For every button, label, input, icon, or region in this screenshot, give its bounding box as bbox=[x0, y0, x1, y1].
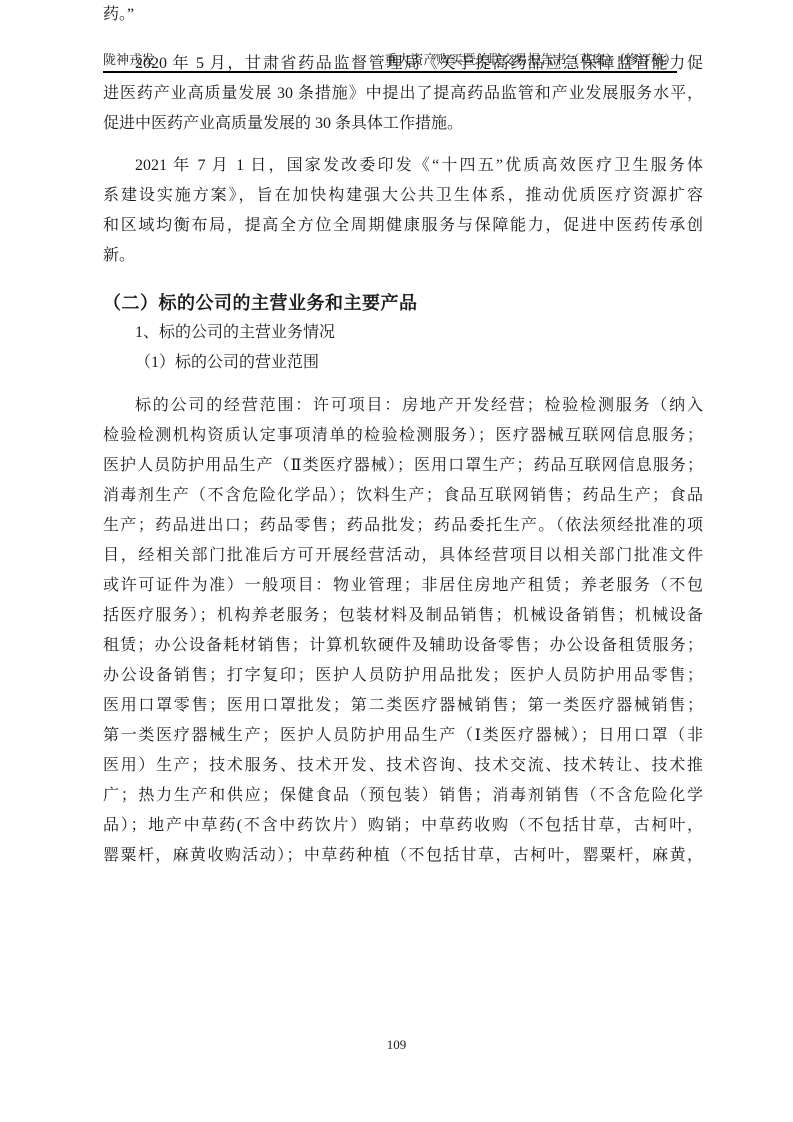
paragraph-line: 广；热力生产和供应；保健食品（预包装）销售；消毒剂销售（不含危险化学 bbox=[103, 781, 703, 811]
document-body: 药。” 2020 年 5 月，甘肃省药品监督管理局《关于提高药品应急保障监管能力… bbox=[103, 0, 703, 871]
paragraph-line: 办公设备销售；打字复印；医护人员防护用品批发；医护人员防护用品零售； bbox=[103, 661, 703, 691]
paragraph-business-scope: 标的公司的经营范围：许可项目：房地产开发经营；检验检测服务（纳入 检验检测机构资… bbox=[103, 391, 703, 871]
paragraph-line: 促进中医药产业高质量发展的 30 条具体工作措施。 bbox=[103, 109, 703, 139]
paragraph-line: 生产；药品进出口；药品零售；药品批发；药品委托生产。（依法须经批准的项 bbox=[103, 511, 703, 541]
paragraph-line: 罂粟杆，麻黄收购活动）；中草药种植（不包括甘草，古柯叶，罂粟杆，麻黄， bbox=[103, 841, 703, 871]
paragraph-line: 医护人员防护用品生产（Ⅱ类医疗器械）；医用口罩生产；药品互联网信息服务； bbox=[103, 451, 703, 481]
paragraph-line: 租赁；办公设备耗材销售；计算机软硬件及辅助设备零售；办公设备租赁服务； bbox=[103, 631, 703, 661]
sub-heading-1: 1、标的公司的主营业务情况 bbox=[103, 318, 703, 348]
paragraph-line: 2021 年 7 月 1 日，国家发改委印发《“十四五”优质高效医疗卫生服务体 bbox=[103, 151, 703, 181]
paragraph-line: 医用）生产；技术服务、技术开发、技术咨询、技术交流、技术转让、技术推 bbox=[103, 751, 703, 781]
page-number: 109 bbox=[0, 1036, 793, 1053]
paragraph-line: 或许可证件为准）一般项目：物业管理；非居住房地产租赁；养老服务（不包 bbox=[103, 571, 703, 601]
paragraph-line: 新。 bbox=[103, 241, 703, 271]
paragraph-line: 进医药产业高质量发展 30 条措施》中提出了提高药品监管和产业发展服务水平， bbox=[103, 79, 703, 109]
section-heading: （二）标的公司的主营业务和主要产品 bbox=[103, 288, 703, 318]
document-page: 陇神戎发 重大资产购买暨关联交易报告书（草案）（修订稿） 药。” 2020 年 … bbox=[0, 0, 793, 1122]
paragraph-line: 消毒剂生产（不含危险化学品）；饮料生产；食品互联网销售；药品生产；食品 bbox=[103, 481, 703, 511]
paragraph-line: 标的公司的经营范围：许可项目：房地产开发经营；检验检测服务（纳入 bbox=[103, 391, 703, 421]
paragraph-line: 检验检测机构资质认定事项清单的检验检测服务）；医疗器械互联网信息服务； bbox=[103, 421, 703, 451]
paragraph-line: 品）；地产中草药(不含中药饮片）购销；中草药收购（不包括甘草，古柯叶， bbox=[103, 811, 703, 841]
paragraph-line: 第一类医疗器械生产；医护人员防护用品生产（Ⅰ类医疗器械）；日用口罩（非 bbox=[103, 721, 703, 751]
paragraph-line: 和区域均衡布局，提高全方位全周期健康服务与保障能力，促进中医药传承创 bbox=[103, 211, 703, 241]
paragraph-2020-policy: 2020 年 5 月，甘肃省药品监督管理局《关于提高药品应急保障监管能力促 进医… bbox=[103, 49, 703, 139]
paragraph-2021-policy: 2021 年 7 月 1 日，国家发改委印发《“十四五”优质高效医疗卫生服务体 … bbox=[103, 151, 703, 271]
sub-heading-2: （1）标的公司的营业范围 bbox=[103, 348, 703, 378]
paragraph-line: 目，经相关部门批准后方可开展经营活动，具体经营项目以相关部门批准文件 bbox=[103, 541, 703, 571]
paragraph-line: 2020 年 5 月，甘肃省药品监督管理局《关于提高药品应急保障监管能力促 bbox=[103, 49, 703, 79]
paragraph-line: 医用口罩零售；医用口罩批发；第二类医疗器械销售；第一类医疗器械销售； bbox=[103, 691, 703, 721]
paragraph-line: 系建设实施方案》，旨在加快构建强大公共卫生体系，推动优质医疗资源扩容 bbox=[103, 181, 703, 211]
carryover-line: 药。” bbox=[103, 0, 703, 30]
paragraph-line: 括医疗服务）；机构养老服务；包装材料及制品销售；机械设备销售；机械设备 bbox=[103, 601, 703, 631]
